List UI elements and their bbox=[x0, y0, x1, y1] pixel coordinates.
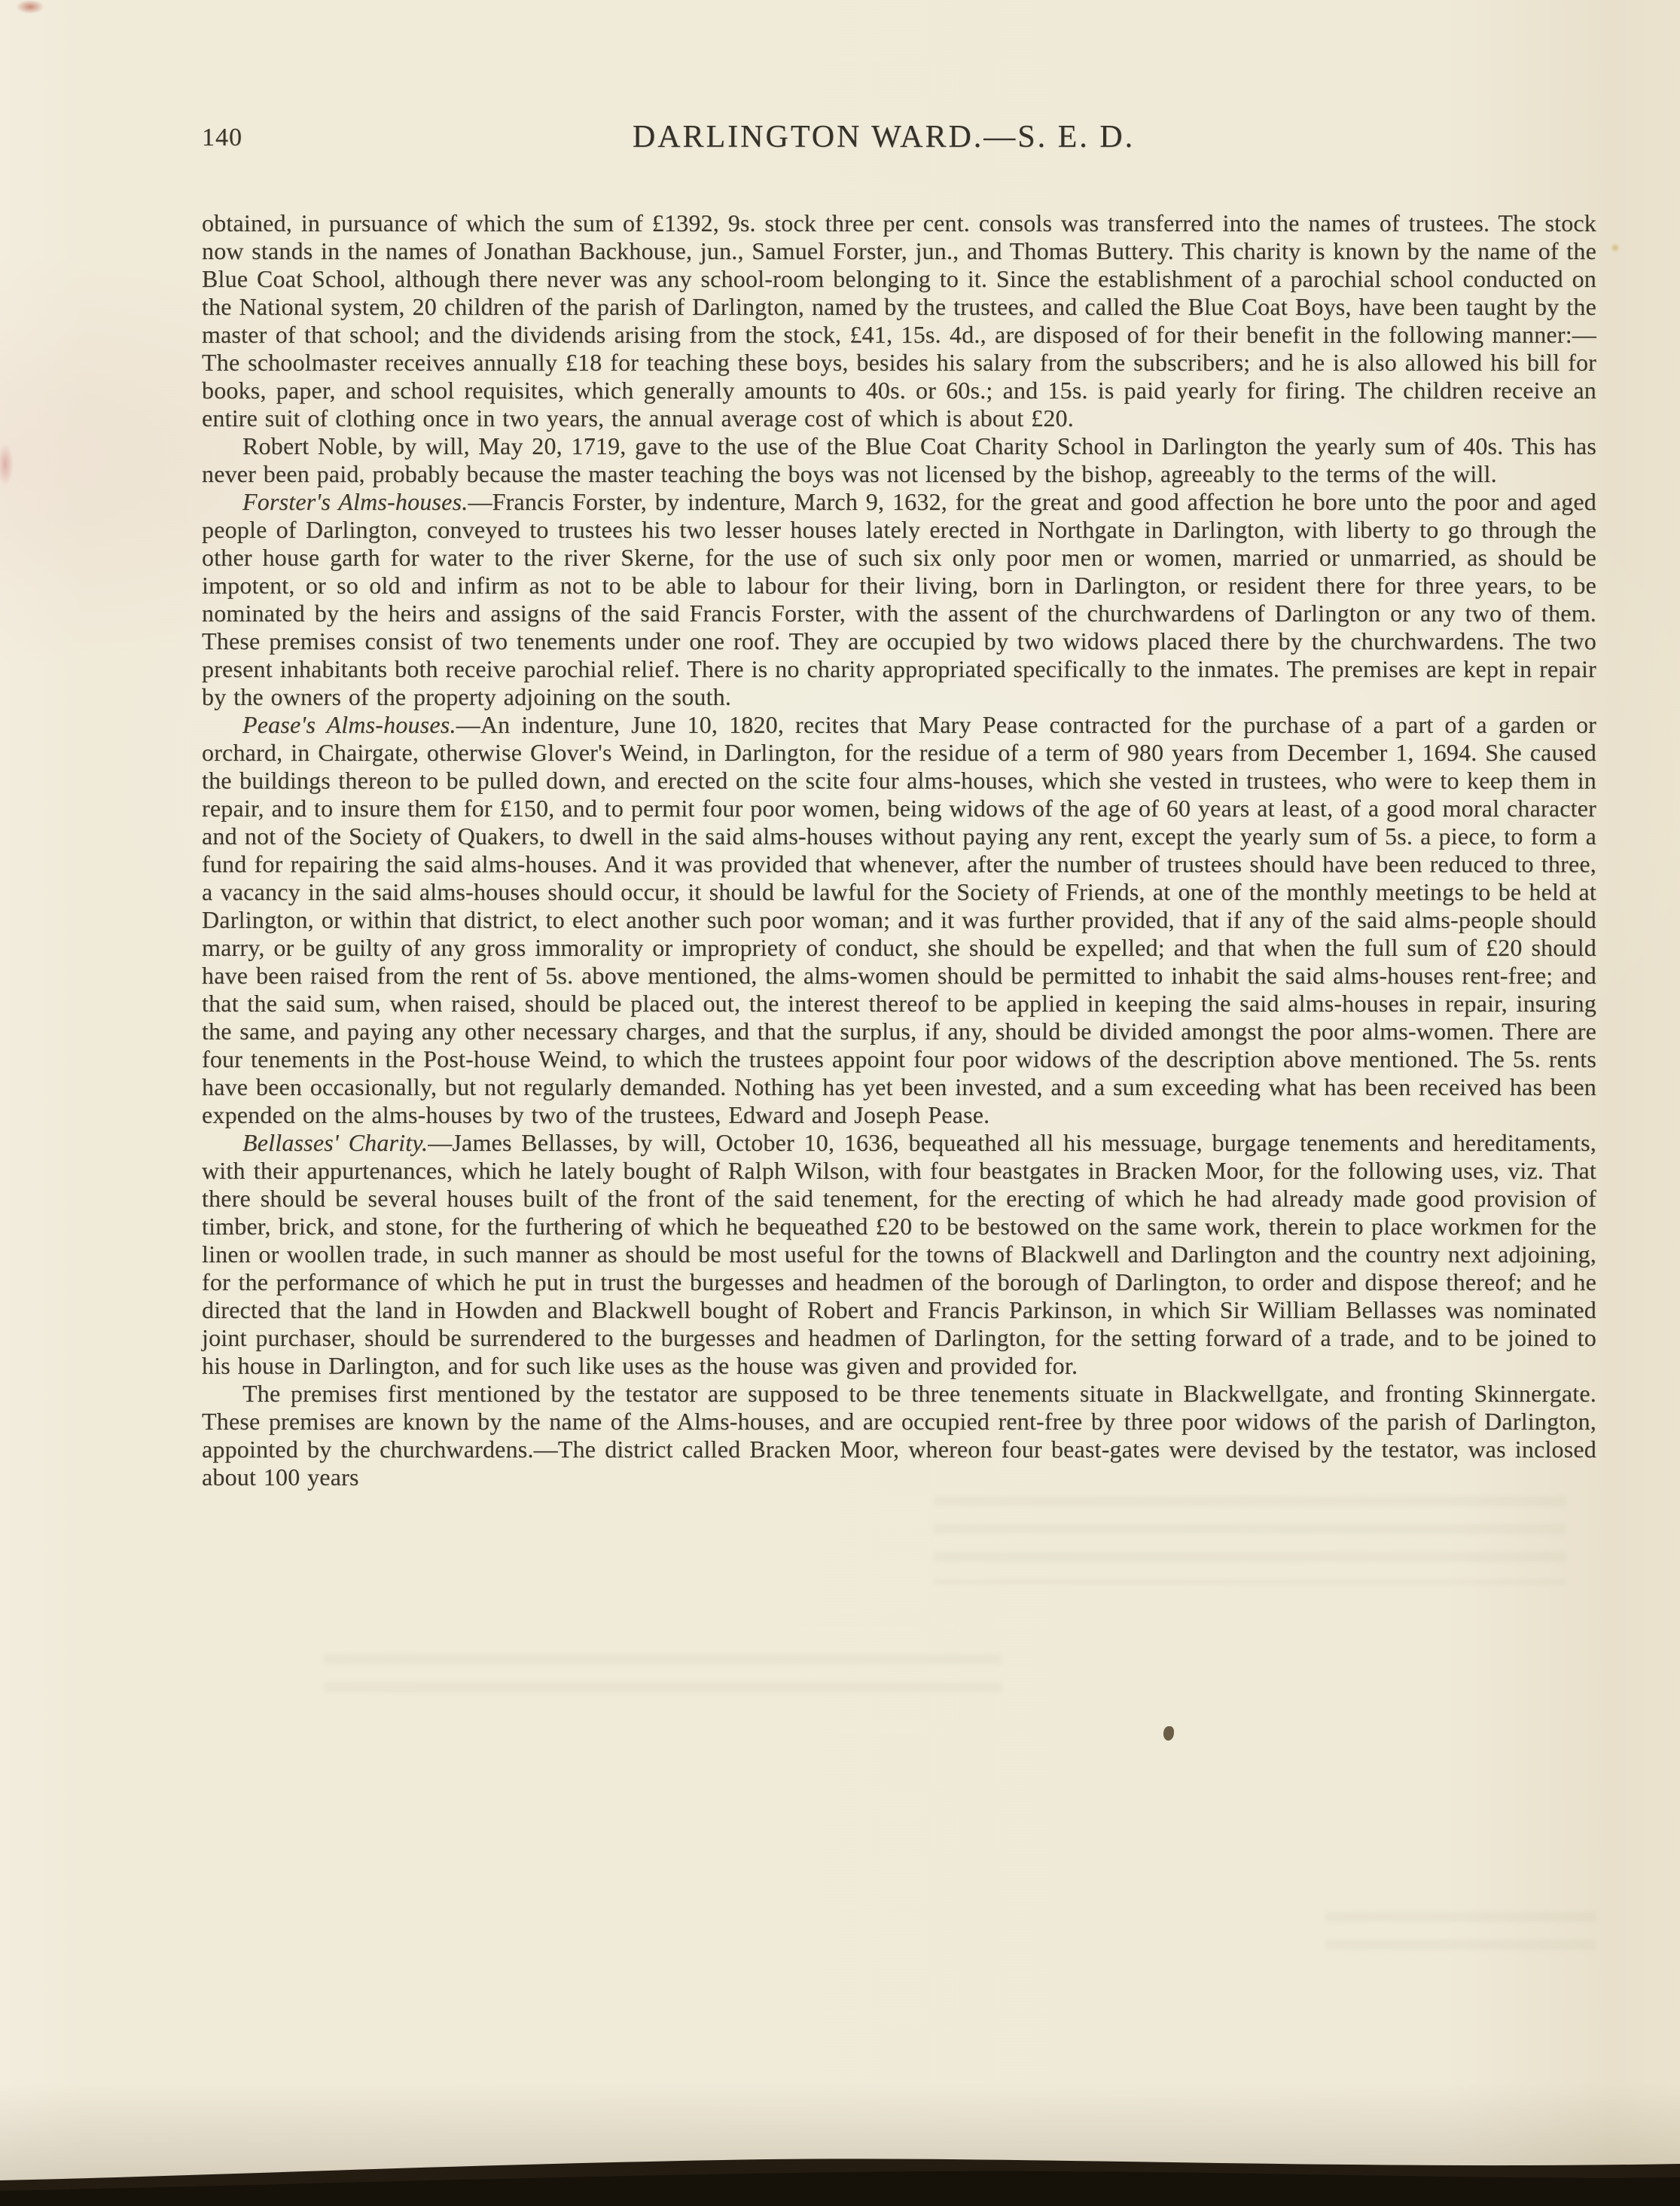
text-block: obtained, in pursuance of which the sum … bbox=[202, 209, 1596, 1491]
paragraph-text: —James Bellasses, by will, October 10, 1… bbox=[202, 1129, 1596, 1379]
paragraph: Pease's Alms-houses.—An indenture, June … bbox=[202, 711, 1596, 1129]
paragraph-text: The premises first mentioned by the test… bbox=[202, 1380, 1596, 1490]
running-title: DARLINGTON WARD.—S. E. D. bbox=[44, 119, 1680, 155]
show-through-text bbox=[1325, 1912, 1596, 1958]
scan-stain bbox=[11, 0, 50, 17]
paragraph-text: obtained, in pursuance of which the sum … bbox=[202, 209, 1596, 432]
paragraph: obtained, in pursuance of which the sum … bbox=[202, 209, 1596, 432]
paragraph: The premises first mentioned by the test… bbox=[202, 1380, 1596, 1491]
scan-stain bbox=[0, 435, 17, 494]
paragraph-text: —Francis Forster, by indenture, March 9,… bbox=[202, 488, 1596, 710]
scan-dark-edge bbox=[0, 2146, 1680, 2206]
paragraph-text: —An indenture, June 10, 1820, recites th… bbox=[202, 711, 1596, 1128]
paragraph: Forster's Alms-houses.—Francis Forster, … bbox=[202, 488, 1596, 711]
charity-heading: Forster's Alms-houses. bbox=[242, 488, 468, 515]
scan-stain bbox=[1608, 241, 1622, 255]
show-through-text bbox=[934, 1496, 1566, 1585]
ink-blotch bbox=[1163, 1726, 1174, 1741]
scanned-page: 140 DARLINGTON WARD.—S. E. D. obtained, … bbox=[0, 0, 1680, 2206]
paragraph: Bellasses' Charity.—James Bellasses, by … bbox=[202, 1129, 1596, 1380]
paragraph: Robert Noble, by will, May 20, 1719, gav… bbox=[202, 432, 1596, 488]
charity-heading: Pease's Alms-houses. bbox=[242, 711, 456, 738]
charity-heading: Bellasses' Charity. bbox=[242, 1129, 428, 1156]
show-through-text bbox=[324, 1654, 1002, 1698]
running-head: 140 DARLINGTON WARD.—S. E. D. bbox=[0, 119, 1680, 164]
paragraph-text: Robert Noble, by will, May 20, 1719, gav… bbox=[202, 432, 1596, 487]
